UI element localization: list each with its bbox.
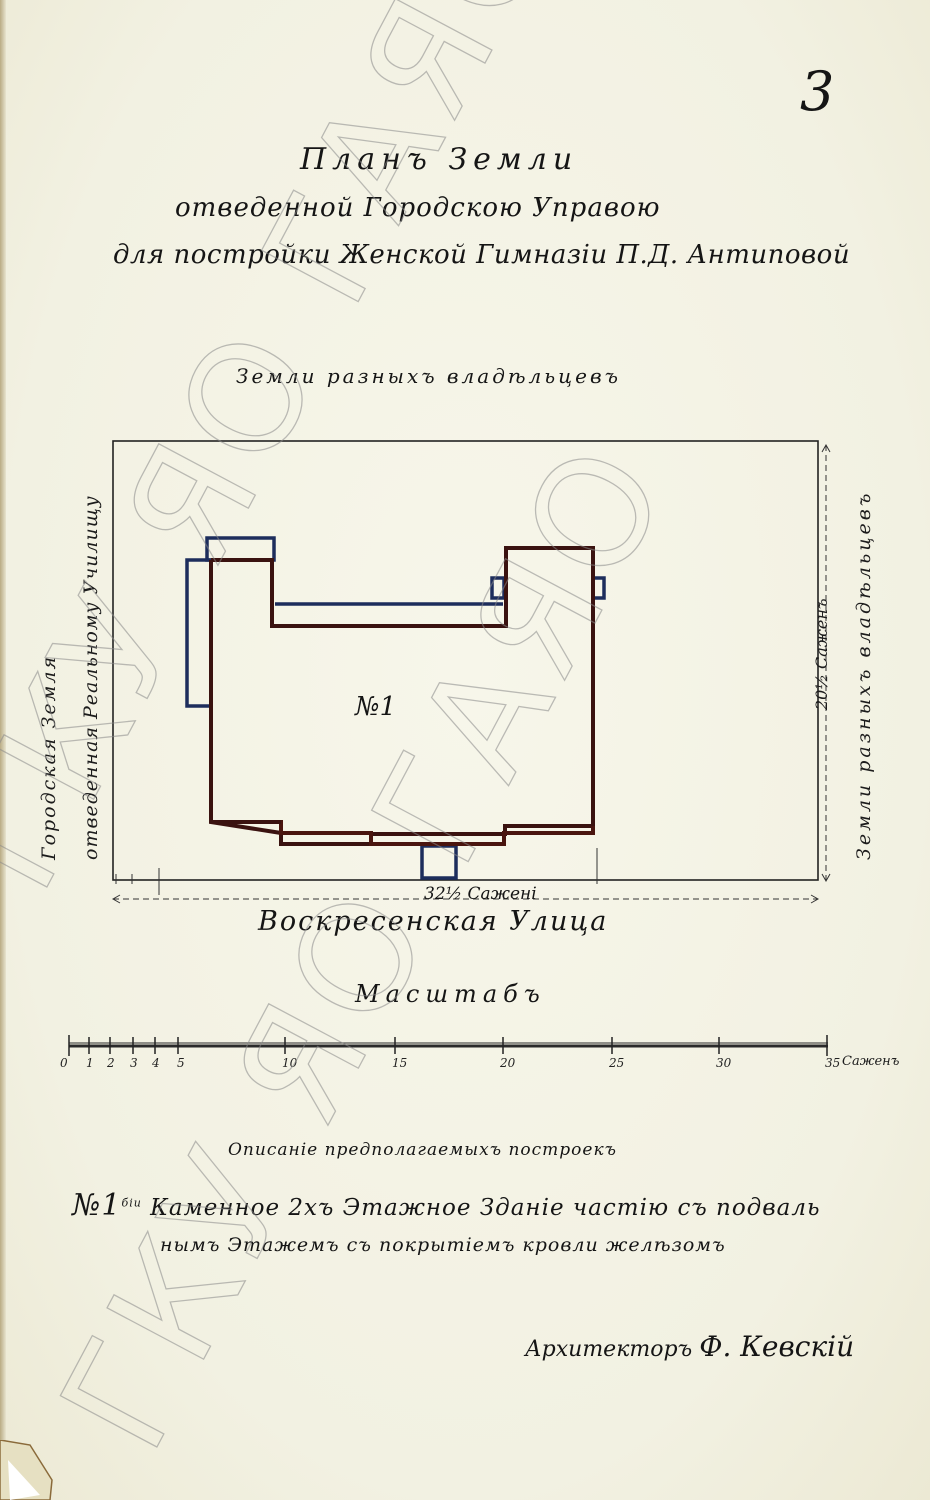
scale-tick-4: 4: [152, 1056, 160, 1070]
scale-tick-10: 10: [282, 1056, 297, 1070]
torn-page-corner: [0, 1440, 55, 1500]
item-number: №1: [72, 1188, 121, 1223]
scale-tick-30: 30: [716, 1056, 731, 1070]
scale-tick-35: 35: [825, 1056, 840, 1070]
scale-tick-3: 3: [130, 1056, 138, 1070]
scale-tick-20: 20: [500, 1056, 515, 1070]
signature-name: Ф. Кевскій: [699, 1330, 854, 1363]
scale-bar: [0, 0, 930, 1500]
signature-role: Архитекторъ: [525, 1337, 692, 1362]
description-item-line-1: №1біи Каменное 2хъ Этажное Зданіе частію…: [72, 1188, 821, 1223]
item-superscript: біи: [121, 1196, 141, 1209]
item-text-1: Каменное 2хъ Этажное Зданіе частію съ по…: [150, 1195, 820, 1221]
scale-tick-0: 0: [60, 1056, 68, 1070]
scale-tick-5: 5: [177, 1056, 185, 1070]
scale-unit: Саженъ: [842, 1054, 899, 1069]
scale-tick-1: 1: [86, 1056, 94, 1070]
scale-tick-15: 15: [392, 1056, 407, 1070]
scale-tick-25: 25: [609, 1056, 624, 1070]
architect-signature: Архитекторъ Ф. Кевскій: [525, 1330, 854, 1363]
description-item-line-2: нымъ Этажемъ съ покрытіемъ кровли желѣзо…: [160, 1234, 726, 1256]
description-title: Описаніе предполагаемыхъ построекъ: [228, 1140, 617, 1160]
scale-tick-2: 2: [107, 1056, 115, 1070]
